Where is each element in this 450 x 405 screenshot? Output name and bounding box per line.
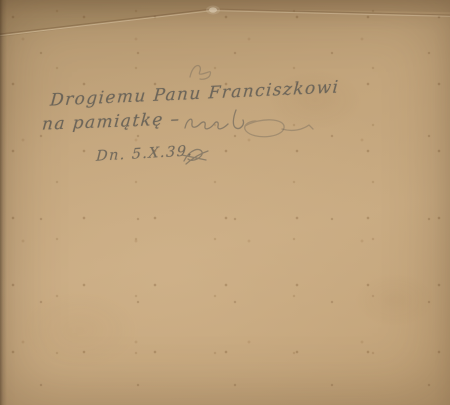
handwritten-inscription: Drogiemu Panu Franciszkowi na pamiątkę –… [0, 0, 450, 405]
inscription-line-2: na pamiątkę – [41, 109, 181, 134]
photograph: Drogiemu Panu Franciszkowi na pamiątkę –… [0, 0, 450, 405]
date-scribble-icon [178, 143, 212, 169]
pencil-scribble-icon [186, 61, 216, 83]
